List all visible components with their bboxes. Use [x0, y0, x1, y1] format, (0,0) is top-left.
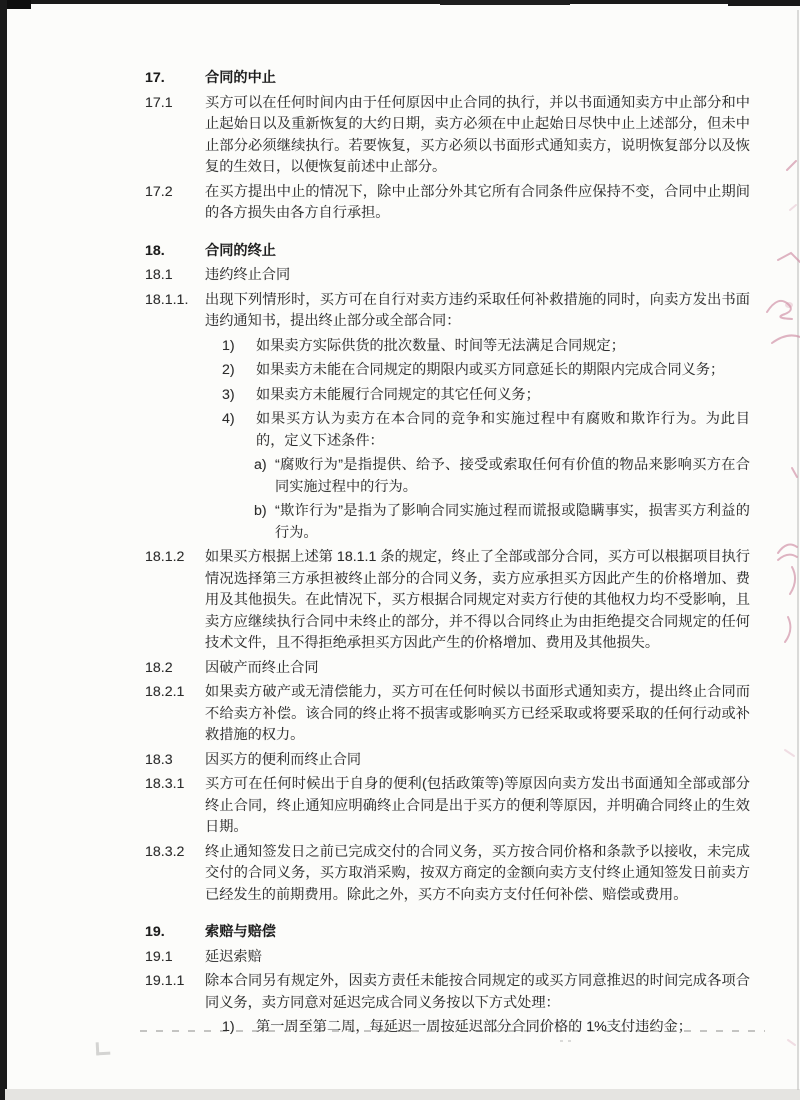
clause-number: 1): [222, 336, 256, 358]
clause-number: 18.1.2: [145, 547, 205, 655]
clause-number: 18.: [145, 241, 205, 263]
scanned-contract-page: 17. 合同的中止 17.1 买方可以在任何时间内由于任何原因中止合同的执行，并…: [0, 0, 800, 1100]
clause-number: 19.: [145, 922, 205, 944]
clause-text: 如果卖方实际供货的批次数量、时间等无法满足合同规定；: [256, 336, 750, 358]
clause-number: 18.2.1: [145, 682, 205, 747]
clause-text: 买方可以在任何时间内由于任何原因中止合同的执行，并以书面通知卖方中止部分和中止起…: [205, 93, 750, 179]
clause-row: 17.2 在买方提出中止的情况下，除中止部分外其它所有合同条件应保持不变，合同中…: [145, 182, 750, 225]
scan-edge-left: [0, 0, 7, 1100]
clause-text: 索赔与赔偿: [205, 922, 750, 944]
clause-number: 19.1.1: [145, 971, 205, 1014]
clause-number: a): [254, 455, 275, 498]
clause-text: 违约终止合同: [205, 265, 750, 287]
clause-text: 在买方提出中止的情况下，除中止部分外其它所有合同条件应保持不变，合同中止期间的各…: [205, 182, 750, 225]
clause-row: 18. 合同的终止: [145, 241, 750, 263]
scan-edge-top-mid: [440, 0, 570, 5]
clause-row: 19.1.1 除本合同另有规定外，因卖方责任未能按合同规定的或买方同意推迟的时间…: [145, 971, 750, 1014]
clause-text: 合同的中止: [205, 68, 750, 90]
clause-row: 19. 索赔与赔偿: [145, 922, 750, 944]
clause-number: 18.3.1: [145, 774, 205, 839]
clause-text: 因破产而终止合同: [205, 658, 750, 680]
clause-text: 延迟索赔: [205, 947, 750, 969]
contract-body: 17. 合同的中止 17.1 买方可以在任何时间内由于任何原因中止合同的执行，并…: [145, 68, 750, 1042]
clause-text: 如果卖方破产或无清偿能力，买方可在任何时候以书面形式通知卖方，提出终止合同而不给…: [205, 682, 750, 747]
clause-text: “腐败行为”是指提供、给予、接受或索取任何有价值的物品来影响买方在合同实施过程中…: [275, 455, 750, 498]
clause-row: 18.1.2 如果买方根据上述第 18.1.1 条的规定，终止了全部或部分合同，…: [145, 547, 750, 655]
clause-number: 18.2: [145, 658, 205, 680]
clause-row: 2) 如果卖方未能在合同规定的期限内或买方同意延长的期限内完成合同义务；: [145, 360, 750, 382]
clause-text: 终止通知签发日之前已完成交付的合同义务，买方按合同价格和条款予以接收，未完成交付…: [205, 842, 750, 907]
scan-edge-right-line: [797, 10, 799, 1090]
clause-text: 如果卖方未能履行合同规定的其它任何义务；: [256, 385, 750, 407]
clause-text: 如果买方认为卖方在本合同的竞争和实施过程中有腐败和欺诈行为。为此目的，定义下述条…: [256, 409, 750, 452]
clause-text: “欺诈行为”是指为了影响合同实施过程而谎报或隐瞒事实，损害买方利益的行为。: [275, 501, 750, 544]
scan-edge-top: [0, 0, 800, 4]
clause-text: 合同的终止: [205, 241, 750, 263]
clause-number: 18.1: [145, 265, 205, 287]
clause-row: b) “欺诈行为”是指为了影响合同实施过程而谎报或隐瞒事实，损害买方利益的行为。: [145, 501, 750, 544]
clause-row: 3) 如果卖方未能履行合同规定的其它任何义务；: [145, 385, 750, 407]
clause-row: 17. 合同的中止: [145, 68, 750, 90]
clause-text: 第一周至第二周，每延迟一周按延迟部分合同价格的 1%支付违约金；: [256, 1017, 750, 1039]
clause-number: 18.1.1.: [145, 290, 205, 333]
clause-number: 17.: [145, 68, 205, 90]
clause-number: 18.3: [145, 750, 205, 772]
clause-row: 17.1 买方可以在任何时间内由于任何原因中止合同的执行，并以书面通知卖方中止部…: [145, 93, 750, 179]
clause-row: 18.2 因破产而终止合同: [145, 658, 750, 680]
clause-text: 除本合同另有规定外，因卖方责任未能按合同规定的或买方同意推迟的时间完成各项合同义…: [205, 971, 750, 1014]
clause-text: 如果买方根据上述第 18.1.1 条的规定，终止了全部或部分合同，买方可以根据项…: [205, 547, 750, 655]
clause-number: 19.1: [145, 947, 205, 969]
clause-row: 18.1 违约终止合同: [145, 265, 750, 287]
clause-row: 19.1 延迟索赔: [145, 947, 750, 969]
clause-number: 17.1: [145, 93, 205, 179]
scan-gray-mark: [96, 1042, 111, 1056]
scan-edge-top-right: [728, 0, 800, 6]
clause-number: 18.3.2: [145, 842, 205, 907]
clause-row: 1) 如果卖方实际供货的批次数量、时间等无法满足合同规定；: [145, 336, 750, 358]
clause-text: 因买方的便利而终止合同: [205, 750, 750, 772]
clause-number: b): [254, 501, 275, 544]
clause-number: 4): [222, 409, 256, 452]
clause-row: 18.2.1 如果卖方破产或无清偿能力，买方可在任何时候以书面形式通知卖方，提出…: [145, 682, 750, 747]
clause-number: 17.2: [145, 182, 205, 225]
clause-text: 买方可在任何时候出于自身的便利(包括政策等)等原因向卖方发出书面通知全部或部分终…: [205, 774, 750, 839]
clause-row: 1) 第一周至第二周，每延迟一周按延迟部分合同价格的 1%支付违约金；: [145, 1017, 750, 1039]
clause-row: 18.3 因买方的便利而终止合同: [145, 750, 750, 772]
clause-row: 4) 如果买方认为卖方在本合同的竞争和实施过程中有腐败和欺诈行为。为此目的，定义…: [145, 409, 750, 452]
scan-edge-bottom-band: [5, 1089, 800, 1100]
clause-number: 1): [222, 1017, 256, 1039]
clause-number: 3): [222, 385, 256, 407]
clause-row: 18.3.2 终止通知签发日之前已完成交付的合同义务，买方按合同价格和条款予以接…: [145, 842, 750, 907]
clause-text: 出现下列情形时，买方可在自行对卖方违约采取任何补救措施的同时，向卖方发出书面违约…: [205, 290, 750, 333]
clause-row: 18.1.1. 出现下列情形时，买方可在自行对卖方违约采取任何补救措施的同时，向…: [145, 290, 750, 333]
clause-number: 2): [222, 360, 256, 382]
clause-row: a) “腐败行为”是指提供、给予、接受或索取任何有价值的物品来影响买方在合同实施…: [145, 455, 750, 498]
clause-text: 如果卖方未能在合同规定的期限内或买方同意延长的期限内完成合同义务；: [256, 360, 750, 382]
clause-row: 18.3.1 买方可在任何时候出于自身的便利(包括政策等)等原因向卖方发出书面通…: [145, 774, 750, 839]
